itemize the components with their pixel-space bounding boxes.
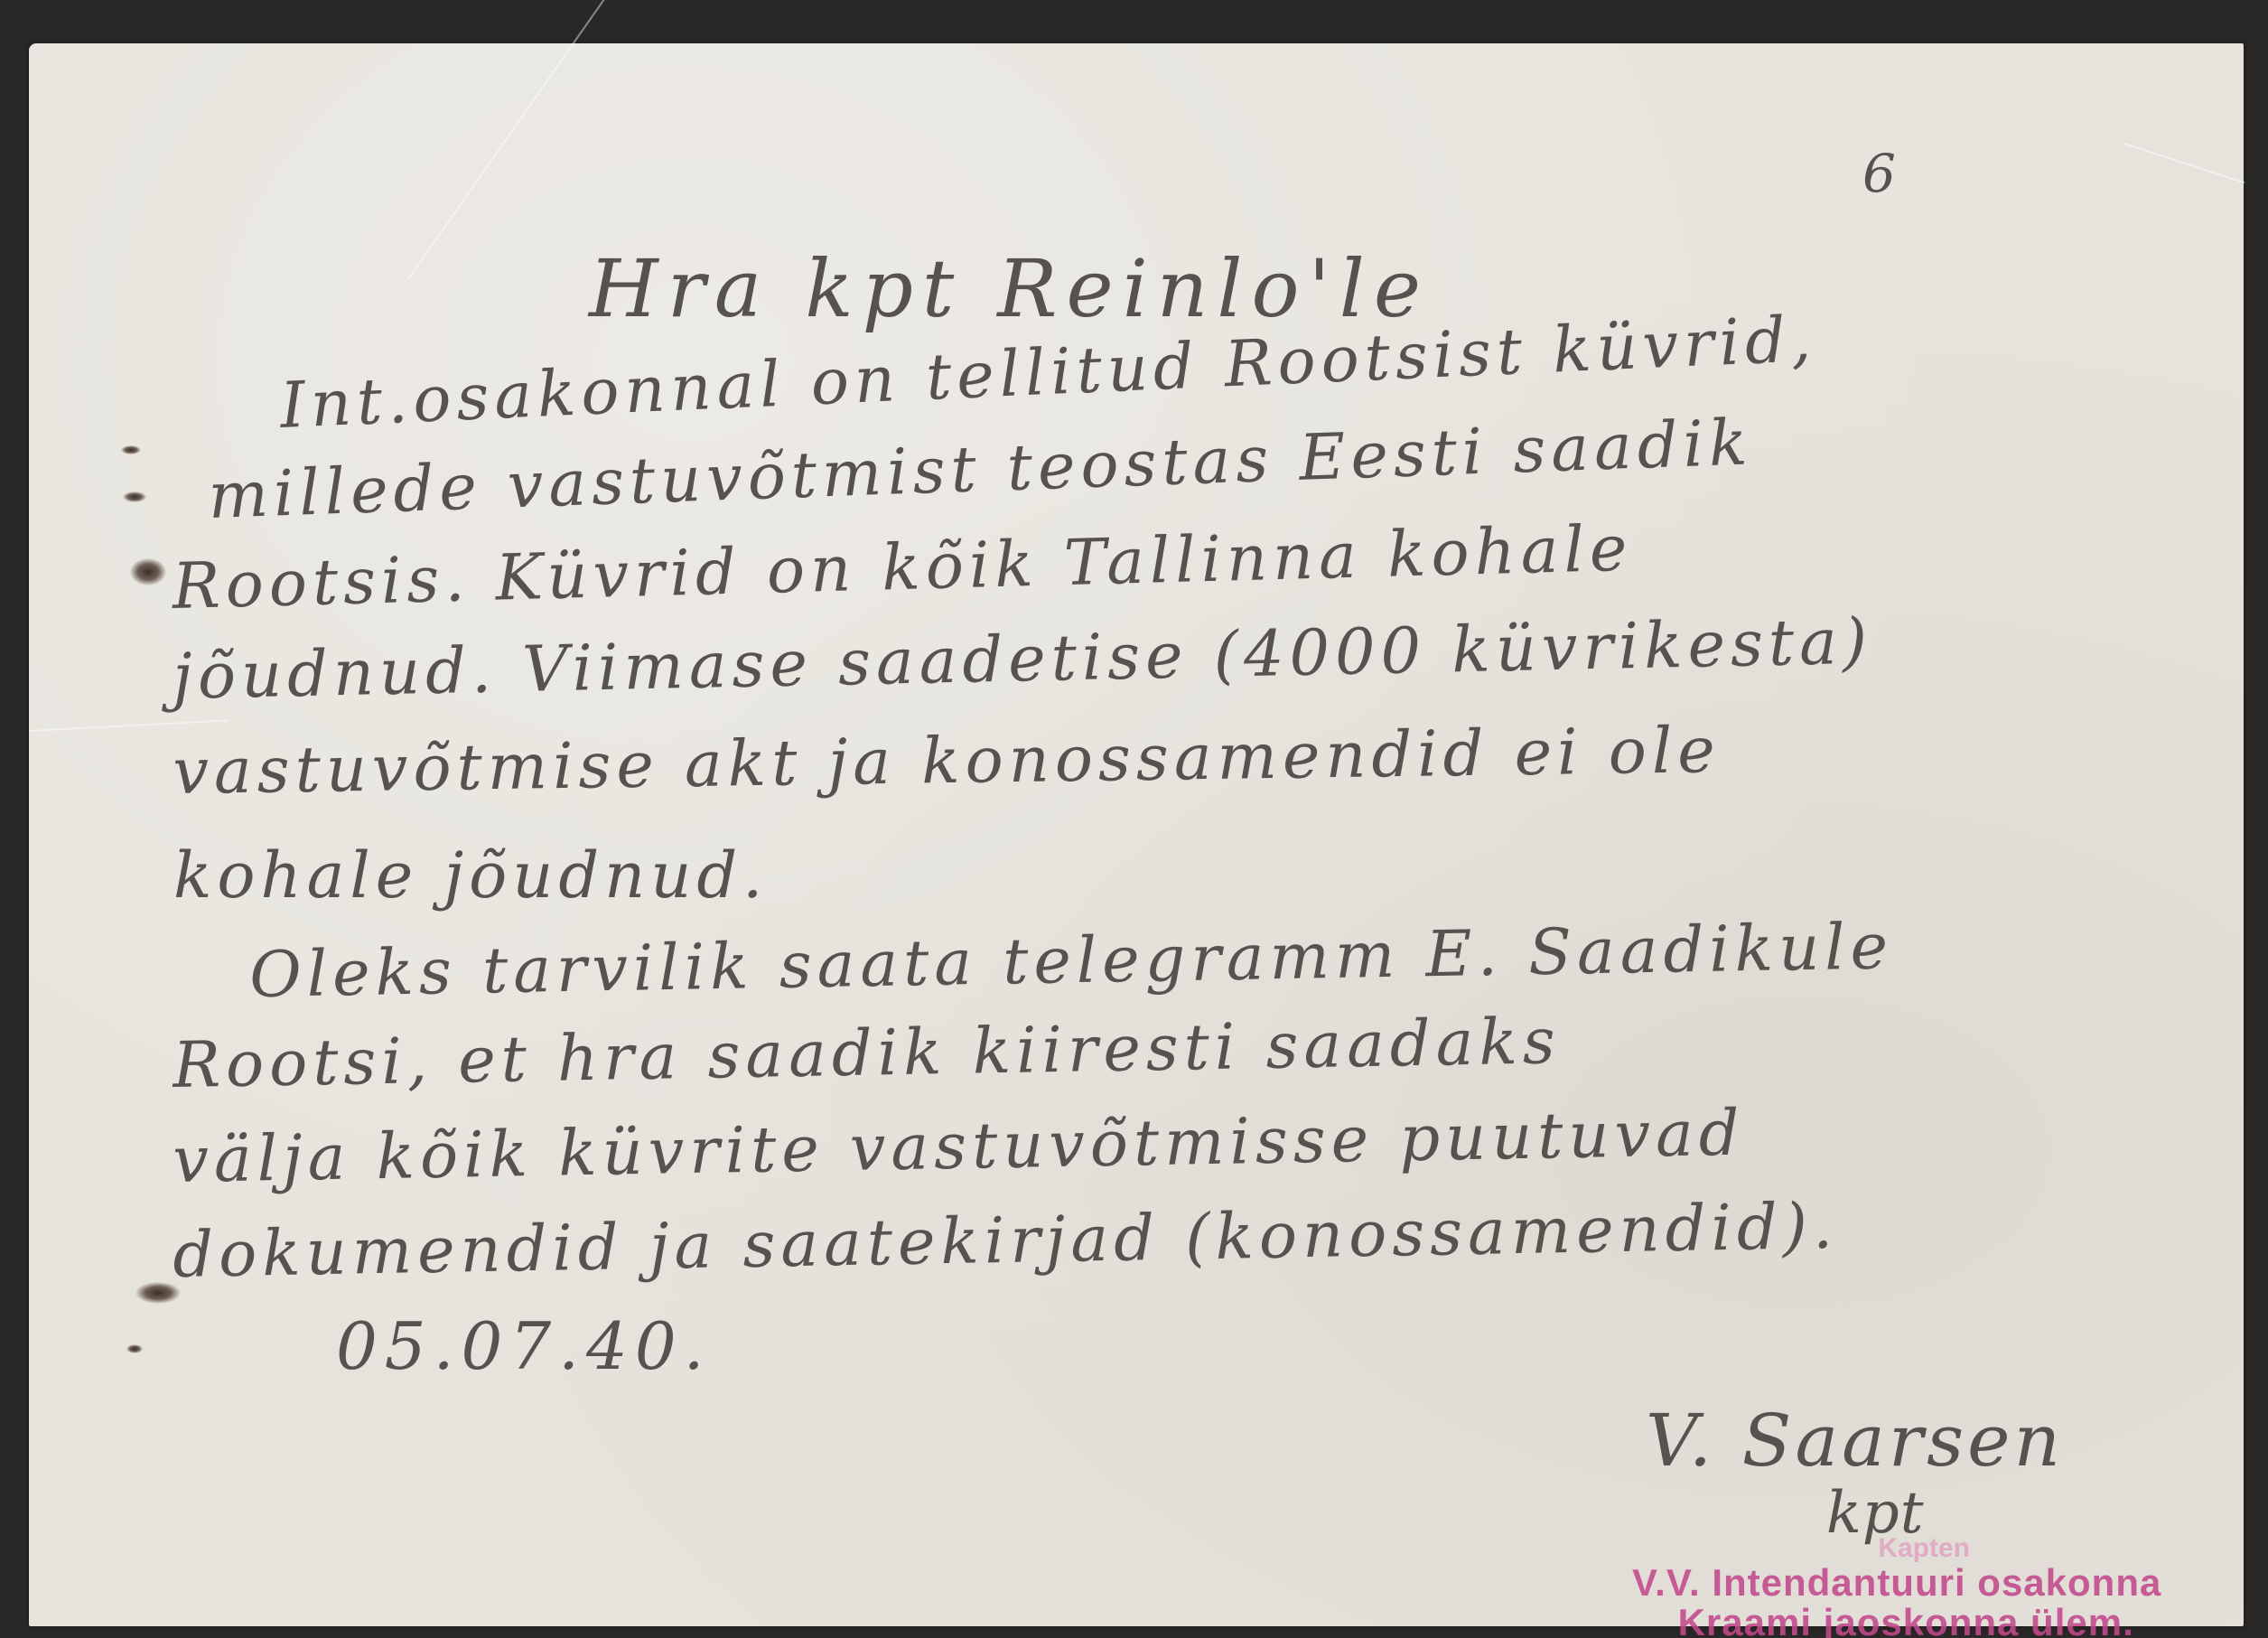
official-stamp: Kapten V.V. Intendantuuri osakonna Kraam… [1632,1534,2161,1638]
body-line: dokumendid ja saatekirjad (konossamendid… [173,1189,1839,1292]
body-line: jõudnud. Viimase saadetise (4000 küvrike… [172,604,1873,714]
page-number: 6 [1862,143,1897,204]
stamp-line-title: Kraami jaoskonna ülem. [1632,1603,2161,1638]
body-line: vastuvõtmise akt ja konossamendid ei ole [173,713,1721,809]
document-page: 6 Hra kpt Reinlo'le Int.osakonnal on tel… [29,43,2244,1626]
binding-hole [121,445,141,454]
paper-crease [29,719,228,732]
stamp-line-department: V.V. Intendantuuri osakonna [1632,1563,2161,1603]
document-date: 05.07.40. [336,1308,712,1384]
body-line: Oleks tarvilik saata telegramm E. Saadik… [249,909,1894,1012]
greeting: Hra kpt Reinlo'le [589,242,1430,335]
binding-hole [130,558,166,585]
paper-crease [2124,143,2245,183]
binding-hole [123,491,146,502]
body-line: Rootsis. Küvrid on kõik Tallinna kohale [172,511,1633,623]
body-line: kohale jõudnud. [173,838,768,913]
body-line: Rootsi, et hra saadik kiiresti saadaks [173,1004,1562,1102]
body-line: välja kõik küvrite vastuvõtmisse puutuva… [173,1096,1746,1197]
stamp-line-rank: Kapten [1632,1534,2161,1563]
paper-crease [407,0,606,280]
signature: V. Saarsen [1646,1399,2064,1483]
binding-hole [126,1344,143,1353]
